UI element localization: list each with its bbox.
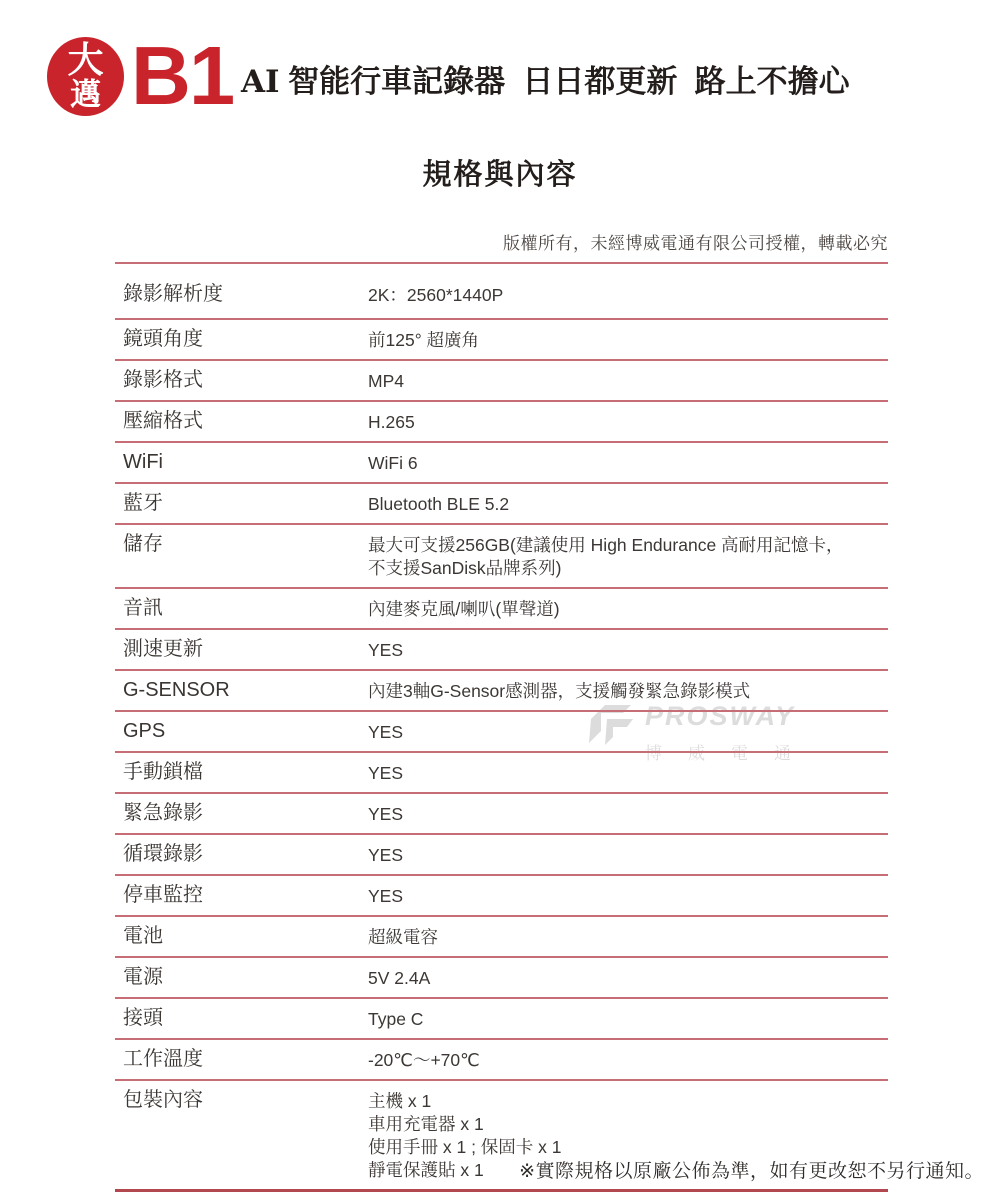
spec-row-manual-lock: 手動鎖檔 YES [115,751,888,792]
spec-value: -20℃～+70℃ [368,1048,888,1072]
spec-label: 循環錄影 [123,843,368,866]
spec-label: 音訊 [123,597,368,620]
spec-row-emergency-recording: 緊急錄影 YES [115,792,888,833]
spec-row-bluetooth: 藍牙 Bluetooth BLE 5.2 [115,482,888,523]
spec-row-wifi: WiFi WiFi 6 [115,441,888,482]
spec-value: H.265 [368,410,888,434]
spec-label: 緊急錄影 [123,802,368,825]
product-tagline: AI 智能行車記錄器 日日都更新 路上不擔心 [241,56,850,101]
spec-value: Type C [368,1007,888,1031]
spec-row-loop-recording: 循環錄影 YES [115,833,888,874]
spec-value: 內建麥克風/喇叭(單聲道) [368,597,888,621]
spec-label: 電池 [123,925,368,948]
spec-row-audio: 音訊 內建麥克風/喇叭(單聲道) [115,587,888,628]
spec-label: 錄影解析度 [123,283,368,306]
brand-badge-char-bottom: 邁 [70,78,101,111]
spec-value: 前125° 超廣角 [368,328,888,352]
spec-row-gsensor: G-SENSOR 內建3軸G-Sensor感測器，支援觸發緊急錄影模式 [115,669,888,710]
tagline-text: 智能行車記錄器 日日都更新 路上不擔心 [280,64,850,99]
spec-value: 主機 x 1 車用充電器 x 1 使用手冊 x 1 ; 保固卡 x 1 靜電保護… [368,1089,888,1182]
spec-row-connector: 接頭 Type C [115,997,888,1038]
spec-value: YES [368,720,888,744]
spec-row-video-format: 錄影格式 MP4 [115,359,888,400]
spec-value: YES [368,802,888,826]
spec-label: 手動鎖檔 [123,761,368,784]
spec-row-battery: 電池 超級電容 [115,915,888,956]
spec-value: 超級電容 [368,925,888,949]
spec-label: 工作溫度 [123,1048,368,1071]
spec-value: YES [368,638,888,662]
spec-row-speedcam-update: 測速更新 YES [115,628,888,669]
spec-label: 壓縮格式 [123,410,368,433]
spec-label: 測速更新 [123,638,368,661]
spec-label: G-SENSOR [123,679,368,702]
spec-value: YES [368,761,888,785]
spec-row-power: 電源 5V 2.4A [115,956,888,997]
spec-label: WiFi [123,451,368,474]
spec-value: MP4 [368,369,888,393]
model-name: B1 [131,34,233,117]
spec-label: 電源 [123,966,368,989]
spec-row-compression: 壓縮格式 H.265 [115,400,888,441]
spec-row-storage: 儲存 最大可支援256GB(建議使用 High Endurance 高耐用記憶卡… [115,523,888,587]
spec-value: 5V 2.4A [368,966,888,990]
spec-label: 接頭 [123,1007,368,1030]
spec-row-operating-temp: 工作溫度 -20℃～+70℃ [115,1038,888,1079]
copyright-notice: 版權所有，未經博威電通有限公司授權，轉載必究 [503,229,888,254]
spec-value: 最大可支援256GB(建議使用 High Endurance 高耐用記憶卡， 不… [368,533,888,580]
spec-label: 包裝內容 [123,1089,368,1112]
spec-value: Bluetooth BLE 5.2 [368,492,888,516]
spec-value: 2K：2560*1440P [368,283,888,307]
tagline-ai-prefix: AI [241,64,280,100]
spec-value: 內建3軸G-Sensor感測器，支援觸發緊急錄影模式 [368,679,888,703]
spec-row-lens-angle: 鏡頭角度 前125° 超廣角 [115,318,888,359]
spec-label: 儲存 [123,533,368,556]
spec-label: 藍牙 [123,492,368,515]
spec-row-resolution: 錄影解析度 2K：2560*1440P [115,262,888,318]
brand-badge-char-top: 大 [67,42,103,78]
brand-badge: 大 邁 [47,37,124,116]
spec-label: GPS [123,720,368,743]
spec-label: 停車監控 [123,884,368,907]
spec-label: 鏡頭角度 [123,328,368,351]
page-title: 規格與內容 [0,152,1000,193]
spec-value: YES [368,884,888,908]
spec-table: 錄影解析度 2K：2560*1440P 鏡頭角度 前125° 超廣角 錄影格式 … [115,262,888,1192]
spec-row-parking-monitor: 停車監控 YES [115,874,888,915]
spec-label: 錄影格式 [123,369,368,392]
spec-value: YES [368,843,888,867]
spec-value: WiFi 6 [368,451,888,475]
spec-row-package-contents: 包裝內容 主機 x 1 車用充電器 x 1 使用手冊 x 1 ; 保固卡 x 1… [115,1079,888,1189]
spec-row-gps: GPS YES [115,710,888,751]
